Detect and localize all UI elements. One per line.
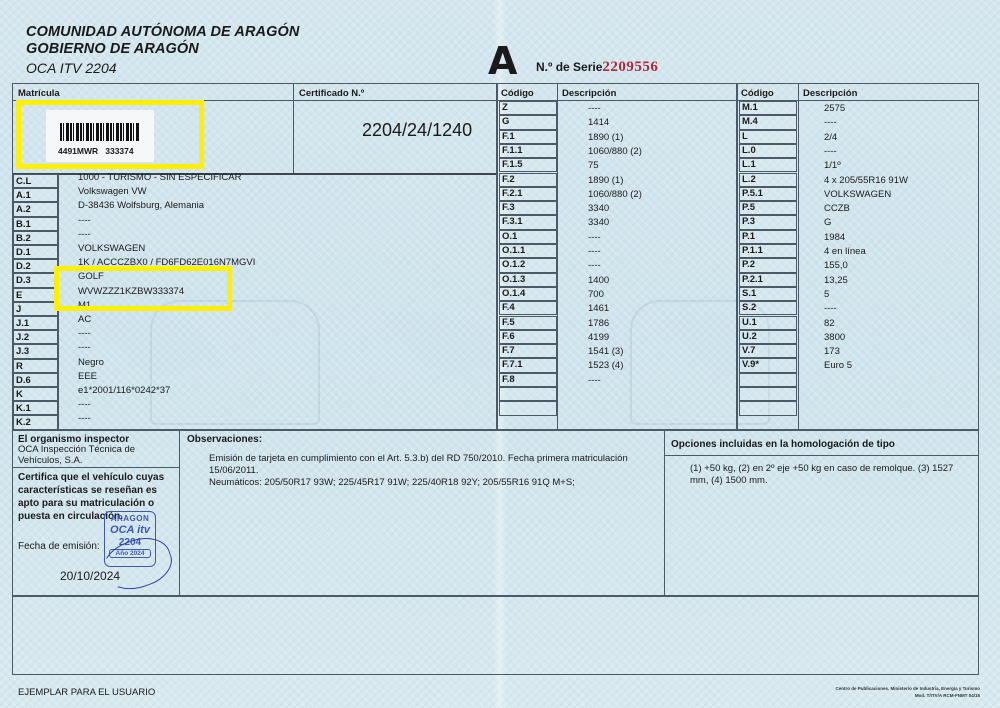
field-value: ---- — [78, 399, 91, 410]
table-row-code: V.9* — [742, 359, 759, 370]
table-row-code: U.2 — [742, 331, 757, 342]
matricula-label: Matrícula — [18, 88, 60, 99]
stamp-region: ARAGON — [105, 514, 155, 523]
field-value: Volkswagen VW — [78, 186, 147, 197]
footer-publisher-line-2: Mod. T/ITV/A RCM-FNMT 04/15 — [836, 692, 980, 699]
table-row-code: S.1 — [742, 288, 756, 299]
table-row-value: 3800 — [824, 332, 845, 343]
inspector-name: OCA Inspección Técnica de Vehículos, S.A… — [18, 444, 168, 466]
table-row-code: Z — [502, 102, 508, 113]
table-row-code: F.7.1 — [502, 359, 523, 370]
stamp-logo: OCA itv — [105, 524, 155, 536]
table-row-code: P.5 — [742, 202, 755, 213]
field-value: ---- — [78, 328, 91, 339]
field-code: J.3 — [16, 346, 29, 357]
table-row-code: P.3 — [742, 216, 755, 227]
field-value: ---- — [78, 413, 91, 424]
table-row-code: L.1 — [742, 159, 756, 170]
table-code-box — [739, 373, 797, 387]
field-value: AC — [78, 314, 91, 325]
field-code: C.L — [16, 176, 31, 187]
header-community: COMUNIDAD AUTÓNOMA DE ARAGÓN — [26, 24, 299, 40]
field-code: B.2 — [16, 233, 31, 244]
highlight-matricula — [16, 100, 204, 169]
table-row-code: L.0 — [742, 145, 756, 156]
table-row-value: 1060/880 (2) — [588, 189, 642, 200]
table-code-box — [499, 387, 557, 401]
table-row-value: ---- — [588, 232, 601, 243]
table-row-code: L.2 — [742, 174, 756, 185]
table-row-value: ---- — [588, 246, 601, 257]
table-row-value: ---- — [824, 146, 837, 157]
field-value: e1*2001/116*0242*37 — [78, 385, 170, 396]
field-code: D.3 — [16, 275, 31, 286]
table-row-value: 1786 — [588, 318, 609, 329]
field-value: 1000 - TURISMO - SIN ESPECIFICAR — [78, 172, 241, 183]
table-row-code: F.3 — [502, 202, 515, 213]
field-code: D.2 — [16, 261, 31, 272]
field-code: J.1 — [16, 318, 29, 329]
certificado-value: 2204/24/1240 — [362, 120, 472, 141]
serial-value: 2209556 — [602, 59, 658, 75]
serial-label: N.º de Serie — [536, 60, 602, 74]
middle-col-desc-header: Descripción — [562, 88, 616, 99]
table-row-value: CCZB — [824, 203, 850, 214]
field-code: E — [16, 290, 22, 301]
table-row-code: S.2 — [742, 302, 756, 313]
table-row-code: M.4 — [742, 116, 758, 127]
field-value: D-38436 Wolfsburg, Alemania — [78, 200, 204, 211]
table-row-code: F.6 — [502, 331, 515, 342]
table-row-code: F.2 — [502, 174, 515, 185]
field-value: Negro — [78, 357, 104, 368]
table-row-code: P.2.1 — [742, 274, 763, 285]
table-row-code: F.7 — [502, 345, 515, 356]
table-row-code: F.3.1 — [502, 216, 523, 227]
table-row-value: ---- — [588, 103, 601, 114]
table-row-code: O.1.1 — [502, 245, 525, 256]
footer-copy-label: EJEMPLAR PARA EL USUARIO — [18, 687, 155, 698]
middle-col-code-header: Código — [501, 88, 534, 99]
observations-label: Observaciones: — [187, 434, 262, 445]
field-value: ---- — [78, 342, 91, 353]
table-row-code: P.1 — [742, 231, 755, 242]
table-row-value: 1541 (3) — [588, 346, 623, 357]
right-col-desc-header: Descripción — [803, 88, 857, 99]
observations-line-3: Neumáticos: 205/50R17 93W; 225/45R17 91W… — [209, 477, 575, 488]
table-row-value: 1890 (1) — [588, 132, 623, 143]
table-row-value: 1/1º — [824, 160, 841, 171]
table-row-value: 700 — [588, 289, 604, 300]
field-code: J — [16, 304, 21, 315]
table-row-value: 173 — [824, 346, 840, 357]
table-row-value: G — [824, 217, 831, 228]
table-row-value: VOLKSWAGEN — [824, 189, 891, 200]
table-code-box — [739, 387, 797, 401]
field-code: A.1 — [16, 190, 31, 201]
table-row-code: F.1.1 — [502, 145, 523, 156]
footer-publisher-line-1: Centro de Publicaciones. Ministerio de I… — [836, 685, 980, 692]
field-code: R — [16, 361, 23, 372]
table-row-value: Euro 5 — [824, 360, 852, 371]
field-code: K.2 — [16, 417, 31, 428]
table-row-value: ---- — [588, 375, 601, 386]
observations-line-1: Emisión de tarjeta en cumplimiento con e… — [209, 453, 628, 464]
options-line-2: mm, (4) 1500 mm. — [690, 475, 768, 486]
table-row-value: 1523 (4) — [588, 360, 623, 371]
table-row-code: O.1.3 — [502, 274, 525, 285]
table-row-code: M.1 — [742, 102, 758, 113]
table-row-value: 155,0 — [824, 260, 848, 271]
table-row-value: ---- — [588, 260, 601, 271]
observations-line-2: 15/06/2011. — [209, 465, 258, 476]
table-row-value: 3340 — [588, 203, 609, 214]
table-row-code: V.7 — [742, 345, 755, 356]
field-code: K — [16, 389, 23, 400]
table-row-value: 1060/880 (2) — [588, 146, 642, 157]
field-value: EEE — [78, 371, 97, 382]
certificado-label: Certificado N.º — [299, 88, 364, 99]
table-row-code: F.1.5 — [502, 159, 523, 170]
table-row-value: 4199 — [588, 332, 609, 343]
field-code: A.2 — [16, 204, 31, 215]
table-row-code: G — [502, 116, 509, 127]
table-row-value: 13,25 — [824, 275, 848, 286]
table-row-value: 5 — [824, 289, 829, 300]
table-row-code: O.1.4 — [502, 288, 525, 299]
table-row-value: 3340 — [588, 217, 609, 228]
table-row-code: P.5.1 — [742, 188, 763, 199]
card-letter: A — [488, 42, 517, 80]
table-row-value: ---- — [824, 303, 837, 314]
table-row-value: 2/4 — [824, 132, 837, 143]
table-row-value: 4 x 205/55R16 91W — [824, 175, 908, 186]
table-row-value: 75 — [588, 160, 599, 171]
field-code: B.1 — [16, 219, 31, 230]
table-row-code: O.1.2 — [502, 259, 525, 270]
table-row-value: ---- — [824, 117, 837, 128]
table-row-value: 4 en línea — [824, 246, 866, 257]
options-line-1: (1) +50 kg, (2) en 2º eje +50 kg en caso… — [690, 463, 953, 474]
field-value: VOLKSWAGEN — [78, 243, 145, 254]
table-row-code: L — [742, 131, 748, 142]
table-row-code: O.1 — [502, 231, 517, 242]
field-code: D.6 — [16, 375, 31, 386]
table-row-value: 1400 — [588, 275, 609, 286]
table-row-value: 2575 — [824, 103, 845, 114]
header-oca: OCA ITV 2204 — [26, 60, 117, 76]
right-col-code-header: Código — [741, 88, 774, 99]
table-row-code: F.2.1 — [502, 188, 523, 199]
field-code: J.2 — [16, 332, 29, 343]
field-value: ---- — [78, 229, 91, 240]
table-row-value: 1461 — [588, 303, 609, 314]
table-row-code: F.8 — [502, 374, 515, 385]
footer-publisher: Centro de Publicaciones. Ministerio de I… — [836, 685, 980, 699]
table-row-value: 82 — [824, 318, 835, 329]
highlight-vin — [54, 266, 232, 311]
table-row-code: F.1 — [502, 131, 515, 142]
field-value: ---- — [78, 215, 91, 226]
table-row-code: U.1 — [742, 317, 757, 328]
options-label: Opciones incluidas en la homologación de… — [671, 439, 895, 450]
blank-annotations-box — [12, 596, 979, 675]
table-row-value: 1890 (1) — [588, 175, 623, 186]
header-government: GOBIERNO DE ARAGÓN — [26, 41, 199, 57]
table-row-value: 1414 — [588, 117, 609, 128]
issue-date-label: Fecha de emisión: — [18, 541, 100, 552]
field-code: K.1 — [16, 403, 31, 414]
table-row-code: P.1.1 — [742, 245, 763, 256]
table-code-box — [739, 401, 797, 415]
table-row-code: F.4 — [502, 302, 515, 313]
serial-number: N.º de Serie2209556 — [536, 58, 658, 76]
table-row-code: P.2 — [742, 259, 755, 270]
table-code-box — [499, 401, 557, 415]
field-code: D.1 — [16, 247, 31, 258]
table-row-value: 1984 — [824, 232, 845, 243]
table-row-code: F.5 — [502, 317, 515, 328]
